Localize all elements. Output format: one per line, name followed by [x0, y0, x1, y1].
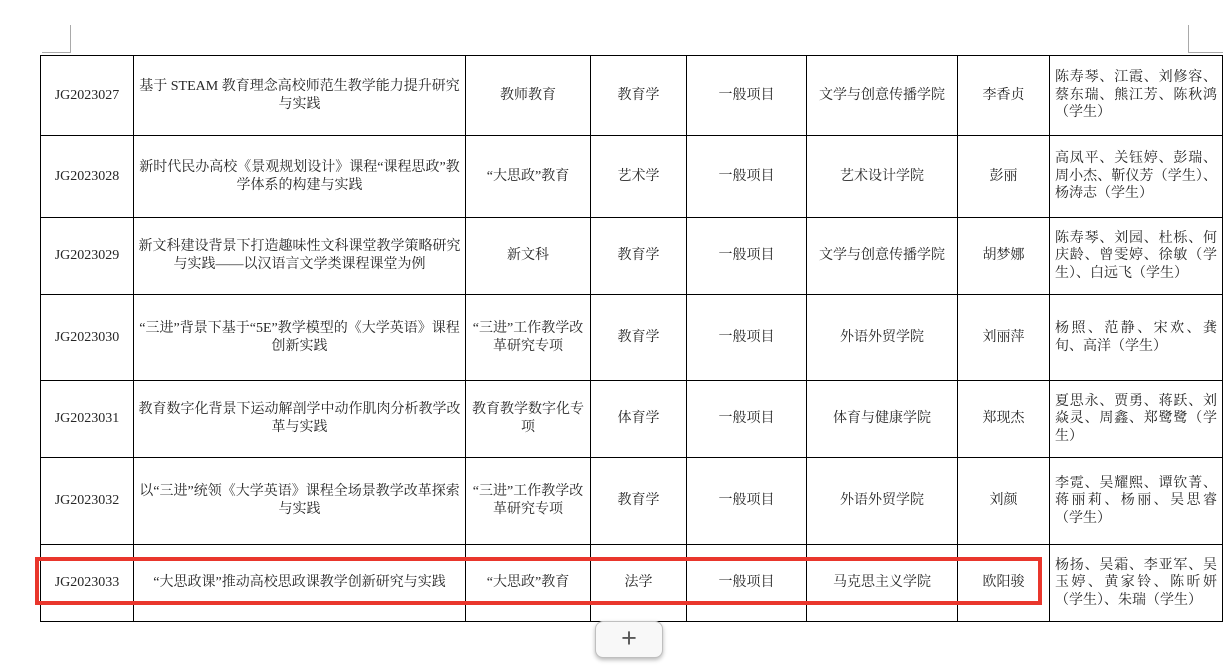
cell-members: 李霓、吴耀熙、谭钦菁、蒋丽莉、杨丽、吴思睿（学生）	[1050, 458, 1223, 545]
cell-members: 杨扬、吴霜、李亚军、吴玉婷、黄家铃、陈昕妍（学生）、朱瑞（学生）	[1050, 545, 1223, 622]
cell-discipline: 法学	[591, 545, 687, 622]
cell-category: “大思政”教育	[466, 545, 591, 622]
cell-category: 新文科	[466, 218, 591, 295]
cell-project-title: 以“三进”统领《大学英语》课程全场景教学改革探索与实践	[134, 458, 466, 545]
cell-college: 外语外贸学院	[807, 295, 958, 381]
cell-project-id: JG2023028	[41, 136, 134, 218]
cell-leader: 刘丽萍	[958, 295, 1050, 381]
cell-discipline: 教育学	[591, 218, 687, 295]
cell-discipline: 教育学	[591, 458, 687, 545]
cell-college: 文学与创意传播学院	[807, 218, 958, 295]
table-row: JG2023029 新文科建设背景下打造趣味性文科课堂教学策略研究与实践——以汉…	[41, 218, 1223, 295]
cell-discipline: 体育学	[591, 381, 687, 458]
cell-project-id: JG2023031	[41, 381, 134, 458]
cell-category: 教师教育	[466, 56, 591, 136]
cell-members: 陈寿琴、刘园、杜栎、何庆龄、曾雯婷、徐敏（学生）、白远飞（学生）	[1050, 218, 1223, 295]
cell-project-type: 一般项目	[687, 56, 807, 136]
table-row: JG2023028 新时代民办高校《景观规划设计》课程“课程思政”教学体系的构建…	[41, 136, 1223, 218]
projects-table: JG2023027 基于 STEAM 教育理念高校师范生教学能力提升研究与实践 …	[40, 55, 1223, 622]
table-row-highlighted: JG2023033 “大思政课”推动高校思政课教学创新研究与实践 “大思政”教育…	[41, 545, 1223, 622]
cell-project-title: 教育数字化背景下运动解剖学中动作肌肉分析教学改革与实践	[134, 381, 466, 458]
cell-discipline: 教育学	[591, 56, 687, 136]
cell-leader: 李香贞	[958, 56, 1050, 136]
cell-category: 教育教学数字化专项	[466, 381, 591, 458]
cell-project-type: 一般项目	[687, 381, 807, 458]
cell-leader: 郑现杰	[958, 381, 1050, 458]
cell-project-type: 一般项目	[687, 458, 807, 545]
cell-members: 杨照、范静、宋欢、龚旬、高洋（学生）	[1050, 295, 1223, 381]
table-row: JG2023027 基于 STEAM 教育理念高校师范生教学能力提升研究与实践 …	[41, 56, 1223, 136]
page-margin-mark-top-left	[42, 25, 71, 53]
table-row: JG2023031 教育数字化背景下运动解剖学中动作肌肉分析教学改革与实践 教育…	[41, 381, 1223, 458]
cell-college: 马克思主义学院	[807, 545, 958, 622]
cell-project-title: 新文科建设背景下打造趣味性文科课堂教学策略研究与实践——以汉语言文学类课程课堂为…	[134, 218, 466, 295]
cell-leader: 刘颜	[958, 458, 1050, 545]
cell-project-id: JG2023027	[41, 56, 134, 136]
cell-members: 夏思永、贾勇、蒋跃、刘焱灵、周鑫、郑鹭鹭（学生）	[1050, 381, 1223, 458]
cell-members: 陈寿琴、江霞、刘修容、蔡东瑞、熊江芳、陈秋鸿（学生）	[1050, 56, 1223, 136]
cell-leader: 欧阳骏	[958, 545, 1050, 622]
cell-college: 体育与健康学院	[807, 381, 958, 458]
document-page: JG2023027 基于 STEAM 教育理念高校师范生教学能力提升研究与实践 …	[0, 0, 1226, 670]
cell-discipline: 教育学	[591, 295, 687, 381]
cell-college: 外语外贸学院	[807, 458, 958, 545]
cell-college: 艺术设计学院	[807, 136, 958, 218]
cell-project-type: 一般项目	[687, 545, 807, 622]
cell-project-id: JG2023029	[41, 218, 134, 295]
table-row: JG2023030 “三进”背景下基于“5E”教学模型的《大学英语》课程创新实践…	[41, 295, 1223, 381]
cell-project-id: JG2023032	[41, 458, 134, 545]
cell-category: “三进”工作教学改革研究专项	[466, 295, 591, 381]
cell-category: “三进”工作教学改革研究专项	[466, 458, 591, 545]
add-button[interactable]: +	[595, 621, 663, 658]
cell-project-title: “三进”背景下基于“5E”教学模型的《大学英语》课程创新实践	[134, 295, 466, 381]
cell-project-type: 一般项目	[687, 295, 807, 381]
table-row: JG2023032 以“三进”统领《大学英语》课程全场景教学改革探索与实践 “三…	[41, 458, 1223, 545]
cell-members: 高凤平、关钰婷、彭瑞、周小杰、靳仪芳（学生）、杨涛志（学生）	[1050, 136, 1223, 218]
cell-leader: 胡梦娜	[958, 218, 1050, 295]
cell-project-title: “大思政课”推动高校思政课教学创新研究与实践	[134, 545, 466, 622]
cell-project-type: 一般项目	[687, 218, 807, 295]
cell-project-type: 一般项目	[687, 136, 807, 218]
cell-college: 文学与创意传播学院	[807, 56, 958, 136]
cell-project-title: 基于 STEAM 教育理念高校师范生教学能力提升研究与实践	[134, 56, 466, 136]
page-margin-mark-top-right	[1188, 25, 1223, 53]
plus-icon: +	[621, 625, 637, 652]
cell-category: “大思政”教育	[466, 136, 591, 218]
cell-leader: 彭丽	[958, 136, 1050, 218]
cell-project-id: JG2023030	[41, 295, 134, 381]
cell-discipline: 艺术学	[591, 136, 687, 218]
cell-project-title: 新时代民办高校《景观规划设计》课程“课程思政”教学体系的构建与实践	[134, 136, 466, 218]
cell-project-id: JG2023033	[41, 545, 134, 622]
